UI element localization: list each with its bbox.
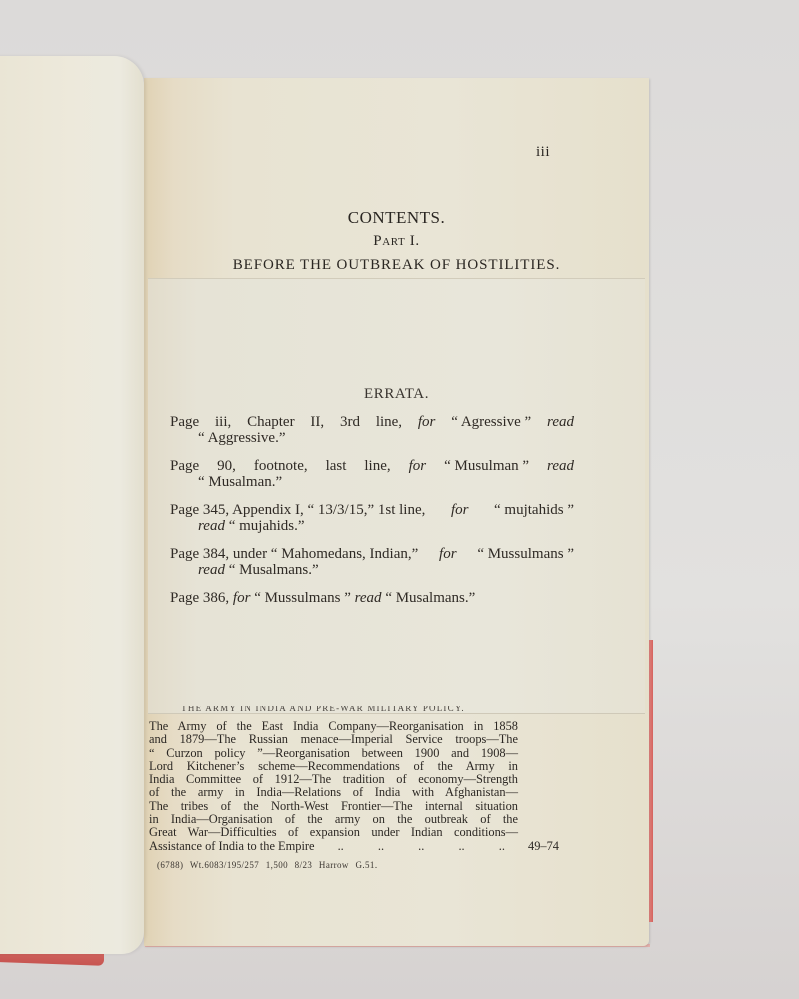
errata-item: Page 90, footnote, last line, for “ Musu… — [170, 458, 574, 490]
errata-item: Page 345, Appendix I, “ 13/3/15,” 1st li… — [170, 502, 574, 534]
chapter-summary-last-line: Assistance of India to the Empire .. .. … — [149, 839, 559, 854]
errata-item: Page 384, under “ Mahomedans, Indian,” f… — [170, 546, 574, 578]
chapter-summary: The Army of the East India Company—Reorg… — [149, 720, 518, 840]
page-number: iii — [536, 144, 550, 161]
left-page — [0, 56, 144, 954]
chapter-page-range: 49–74 — [528, 839, 559, 854]
errata-item: Page 386, for “ Mussulmans ” read “ Musa… — [170, 590, 574, 606]
contents-title: CONTENTS. — [144, 208, 649, 228]
errata-title: ERRATA. — [148, 386, 645, 403]
errata-item: Page iii, Chapter II, 3rd line, for “ Ag… — [170, 414, 574, 446]
chapter-heading: THE ARMY IN INDIA AND PRE-WAR MILITARY P… — [148, 706, 498, 714]
part-subtitle: BEFORE THE OUTBREAK OF HOSTILITIES. — [144, 257, 649, 274]
dot-leaders: .. .. .. .. .. — [315, 839, 529, 854]
part-title: Part I. — [144, 233, 649, 250]
book-cover-edge-right — [649, 640, 653, 922]
printer-imprint: (6788) Wt.6083/195/257 1,500 8/23 Harrow… — [157, 860, 377, 870]
errata-list: Page iii, Chapter II, 3rd line, for “ Ag… — [170, 414, 574, 618]
